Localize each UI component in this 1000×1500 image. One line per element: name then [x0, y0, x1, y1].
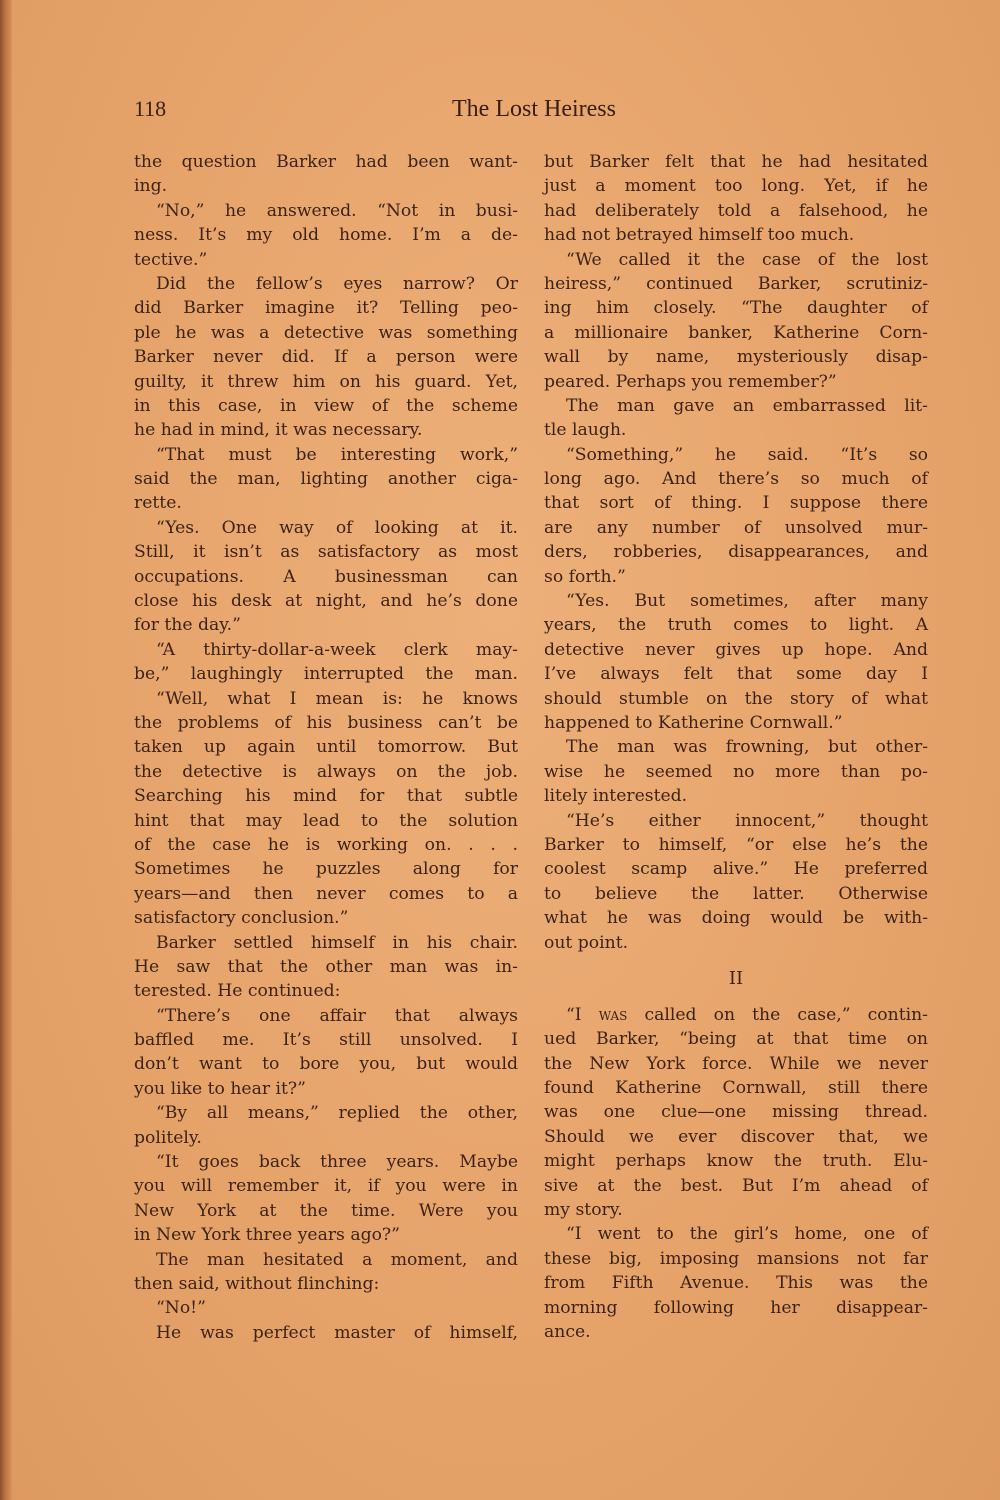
text-line: had deliberately told a falsehood, he [544, 199, 928, 223]
right-column-part-2: “I was called on the case,” contin-ued B… [544, 1003, 928, 1344]
text-line: “There’s one affair that always [134, 1004, 518, 1028]
text-line: in this case, in view of the scheme [134, 394, 518, 418]
text-line: then said, without flinching: [134, 1272, 518, 1296]
text-line: “Yes. One way of looking at it. [134, 516, 518, 540]
text-line: be,” laughingly interrupted the man. [134, 662, 518, 686]
text-line: the question Barker had been want- [134, 150, 518, 174]
text-line: had not betrayed himself too much. [544, 223, 928, 247]
text-line: “Yes. But sometimes, after many [544, 589, 928, 613]
text-line: baffled me. It’s still unsolved. I [134, 1028, 518, 1052]
text-line: “No,” he answered. “Not in busi- [134, 199, 518, 223]
text-line: happened to Katherine Cornwall.” [544, 711, 928, 735]
text-line: but Barker felt that he had hesitated [544, 150, 928, 174]
text-line: Still, it isn’t as satisfactory as most [134, 540, 518, 564]
text-line: the New York force. While we never [544, 1052, 928, 1076]
text-line: Searching his mind for that subtle [134, 784, 518, 808]
text-line: The man was frowning, but other- [544, 735, 928, 759]
text-line: “No!” [134, 1296, 518, 1320]
text-line: did Barker imagine it? Telling peo- [134, 296, 518, 320]
text-line: should stumble on the story of what [544, 687, 928, 711]
text-line: “A thirty-dollar-a-week clerk may- [134, 638, 518, 662]
text-line: rette. [134, 491, 518, 515]
text-line: long ago. And there’s so much of [544, 467, 928, 491]
text-line: ance. [544, 1320, 928, 1344]
text-line: ing him closely. “The daughter of [544, 296, 928, 320]
right-text-column: but Barker felt that he had hesitatedjus… [544, 150, 928, 1344]
page-header: 118 The Lost Heiress [0, 96, 1000, 130]
text-line: “That must be interesting work,” [134, 443, 518, 467]
text-line: Did the fellow’s eyes narrow? Or [134, 272, 518, 296]
text-line: Barker settled himself in his chair. [134, 931, 518, 955]
left-text-column: the question Barker had been want-ing.“N… [134, 150, 518, 1345]
text-line: out point. [544, 931, 928, 955]
right-column-part-1: but Barker felt that he had hesitatedjus… [544, 150, 928, 955]
text-line: morning following her disappear- [544, 1296, 928, 1320]
text-line: my story. [544, 1198, 928, 1222]
text-line: don’t want to bore you, but would [134, 1052, 518, 1076]
text-line: politely. [134, 1126, 518, 1150]
text-line: “I went to the girl’s home, one of [544, 1222, 928, 1246]
text-line: tective.” [134, 248, 518, 272]
text-line: what he was doing would be with- [544, 906, 928, 930]
text-line: guilty, it threw him on his guard. Yet, [134, 370, 518, 394]
text-line: “I was called on the case,” contin- [544, 1003, 928, 1027]
text-line: a millionaire banker, Katherine Corn- [544, 321, 928, 345]
text-line: “Something,” he said. “It’s so [544, 443, 928, 467]
text-line: you will remember it, if you were in [134, 1174, 518, 1198]
text-line: ness. It’s my old home. I’m a de- [134, 223, 518, 247]
text-line: ing. [134, 174, 518, 198]
text-line: he had in mind, it was necessary. [134, 418, 518, 442]
text-line: “By all means,” replied the other, [134, 1101, 518, 1125]
text-line: coolest scamp alive.” He preferred [544, 857, 928, 881]
text-line: tle laugh. [544, 418, 928, 442]
text-line: litely interested. [544, 784, 928, 808]
text-line: of the case he is working on. . . . [134, 833, 518, 857]
text-line: The man gave an embarrassed lit- [544, 394, 928, 418]
section-number: II [544, 955, 928, 1003]
text-line: peared. Perhaps you remember?” [544, 370, 928, 394]
text-line: Sometimes he puzzles along for [134, 857, 518, 881]
text-line: said the man, lighting another ciga- [134, 467, 518, 491]
text-line: ple he was a detective was something [134, 321, 518, 345]
text-line: found Katherine Cornwall, still there [544, 1076, 928, 1100]
text-line: you like to hear it?” [134, 1077, 518, 1101]
text-line: ued Barker, “being at that time on [544, 1027, 928, 1051]
book-spine-edge [0, 0, 12, 1500]
text-line: “It goes back three years. Maybe [134, 1150, 518, 1174]
text-line: just a moment too long. Yet, if he [544, 174, 928, 198]
text-line: terested. He continued: [134, 979, 518, 1003]
text-line: detective never gives up hope. And [544, 638, 928, 662]
text-line: Barker to himself, “or else he’s the [544, 833, 928, 857]
text-line: Should we ever discover that, we [544, 1125, 928, 1149]
text-line: The man hesitated a moment, and [134, 1248, 518, 1272]
text-line: might perhaps know the truth. Elu- [544, 1149, 928, 1173]
text-line: He was perfect master of himself, [134, 1321, 518, 1345]
text-line: for the day.” [134, 613, 518, 637]
text-line: the detective is always on the job. [134, 760, 518, 784]
text-line: “We called it the case of the lost [544, 248, 928, 272]
text-line: was one clue—one missing thread. [544, 1100, 928, 1124]
text-line: hint that may lead to the solution [134, 809, 518, 833]
text-line: so forth.” [544, 565, 928, 589]
text-line: He saw that the other man was in- [134, 955, 518, 979]
text-line: sive at the best. But I’m ahead of [544, 1174, 928, 1198]
text-line: to believe the latter. Otherwise [544, 882, 928, 906]
text-line: “He’s either innocent,” thought [544, 809, 928, 833]
text-line: ders, robberies, disappearances, and [544, 540, 928, 564]
text-line: wise he seemed no more than po- [544, 760, 928, 784]
text-line: from Fifth Avenue. This was the [544, 1271, 928, 1295]
text-line: satisfactory conclusion.” [134, 906, 518, 930]
running-title: The Lost Heiress [0, 96, 1000, 123]
text-line: are any number of unsolved mur- [544, 516, 928, 540]
text-line: occupations. A businessman can [134, 565, 518, 589]
text-line: Barker never did. If a person were [134, 345, 518, 369]
text-line: in New York three years ago?” [134, 1223, 518, 1247]
text-line: that sort of thing. I suppose there [544, 491, 928, 515]
text-line: taken up again until tomorrow. But [134, 735, 518, 759]
text-line: close his desk at night, and he’s done [134, 589, 518, 613]
text-line: years, the truth comes to light. A [544, 613, 928, 637]
text-line: the problems of his business can’t be [134, 711, 518, 735]
text-line: wall by name, mysteriously disap- [544, 345, 928, 369]
text-line: these big, imposing mansions not far [544, 1247, 928, 1271]
text-line: New York at the time. Were you [134, 1199, 518, 1223]
text-line: heiress,” continued Barker, scrutiniz- [544, 272, 928, 296]
text-line: “Well, what I mean is: he knows [134, 687, 518, 711]
text-line: years—and then never comes to a [134, 882, 518, 906]
text-line: I’ve always felt that some day I [544, 662, 928, 686]
